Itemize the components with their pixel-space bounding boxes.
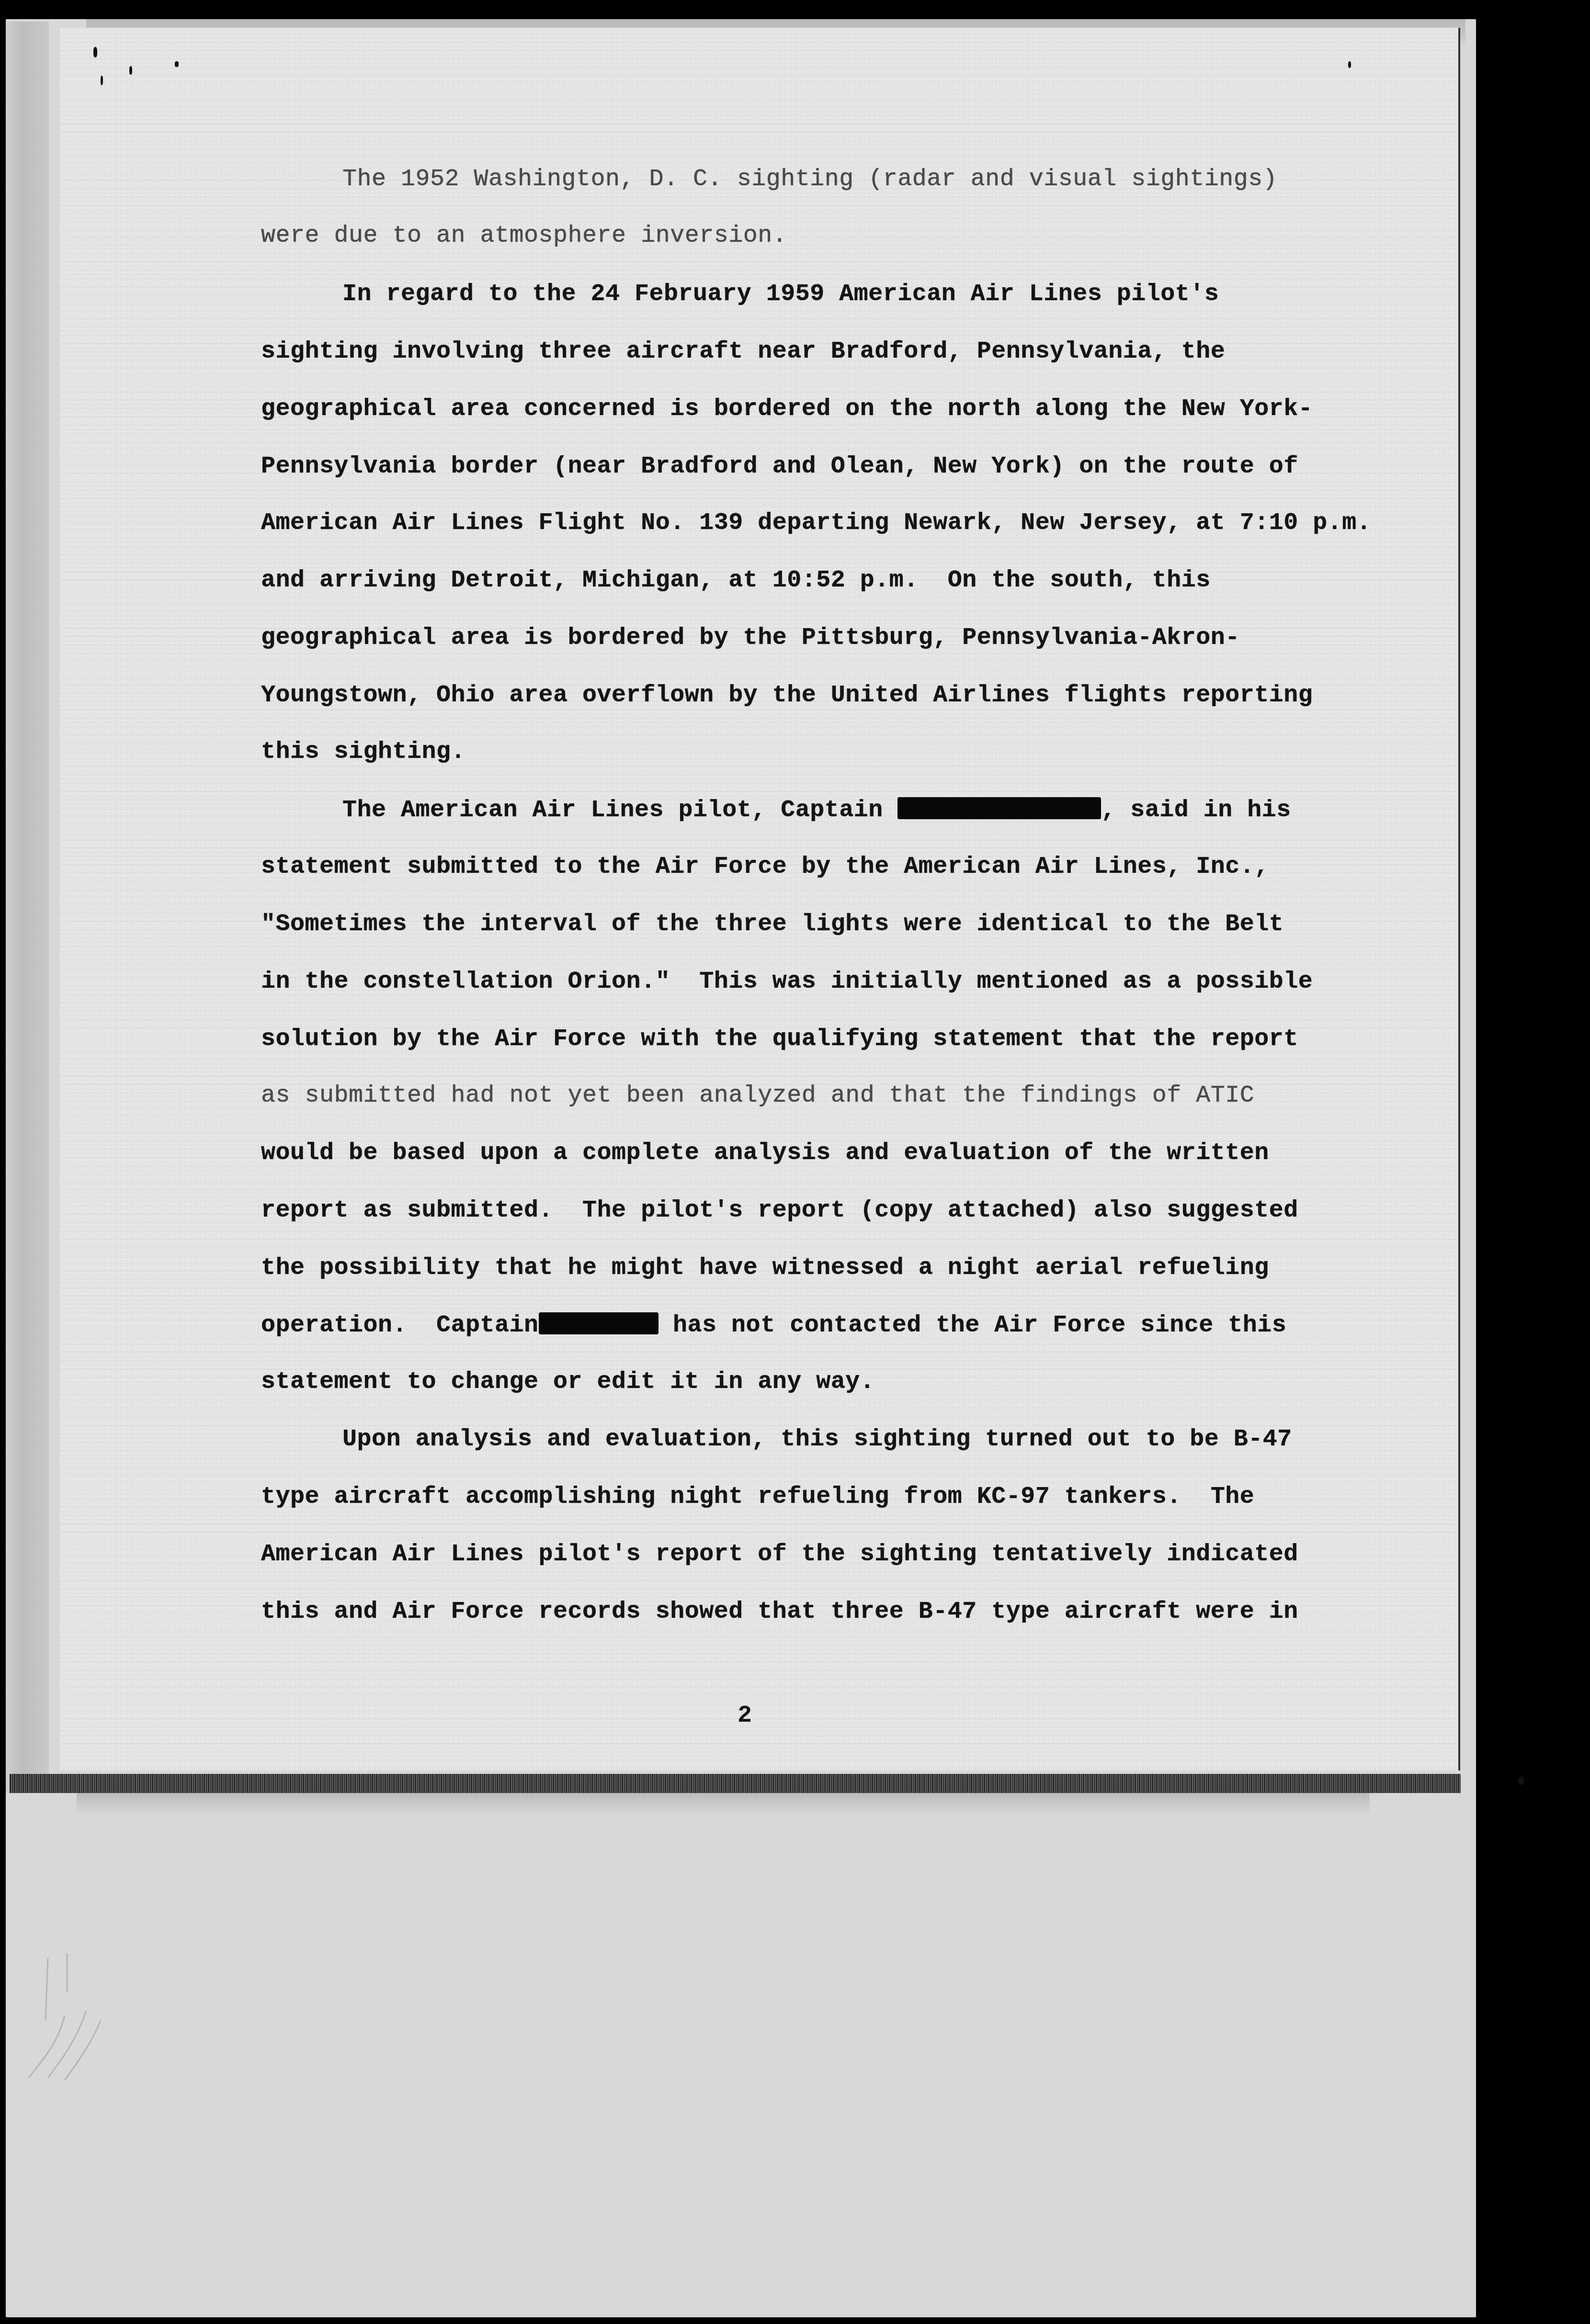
- page-bottom-edge: [10, 1774, 1461, 1793]
- text-line: "Sometimes the interval of the three lig…: [261, 910, 1283, 939]
- text-line: American Air Lines Flight No. 139 depart…: [261, 509, 1371, 538]
- text-line: the possibility that he might have witne…: [261, 1254, 1269, 1283]
- text-segment: The American Air Lines pilot, Captain: [342, 797, 897, 824]
- page-number: 2: [738, 1702, 752, 1729]
- text-line: geographical area is bordered by the Pit…: [261, 624, 1240, 653]
- text-line: as submitted had not yet been analyzed a…: [261, 1082, 1254, 1110]
- text-line: would be based upon a complete analysis …: [261, 1139, 1269, 1168]
- text-line: operation. Captain has not contacted the…: [261, 1311, 1286, 1340]
- text-line: In regard to the 24 February 1959 Americ…: [342, 280, 1219, 309]
- text-line: report as submitted. The pilot's report …: [261, 1196, 1298, 1225]
- redaction-bar: [897, 797, 1101, 819]
- text-line: this sighting.: [261, 738, 466, 767]
- scan-left-edge: [6, 22, 49, 1793]
- text-line: The 1952 Washington, D. C. sighting (rad…: [342, 165, 1277, 194]
- text-line: and arriving Detroit, Michigan, at 10:52…: [261, 566, 1211, 595]
- text-line: solution by the Air Force with the quali…: [261, 1025, 1298, 1054]
- text-line: American Air Lines pilot's report of the…: [261, 1540, 1298, 1569]
- page-bottom-shadow: [77, 1793, 1370, 1815]
- redaction-bar: [539, 1312, 659, 1334]
- text-line: in the constellation Orion." This was in…: [261, 968, 1313, 996]
- text-line: were due to an atmosphere inversion.: [261, 222, 787, 250]
- text-segment: , said in his: [1101, 797, 1291, 824]
- text-line: geographical area concerned is bordered …: [261, 395, 1313, 424]
- text-line: Upon analysis and evaluation, this sight…: [342, 1425, 1292, 1454]
- text-line: sighting involving three aircraft near B…: [261, 338, 1225, 366]
- text-line: Pennsylvania border (near Bradford and O…: [261, 452, 1298, 481]
- text-line: The American Air Lines pilot, Captain , …: [342, 796, 1291, 825]
- text-segment: operation. Captain: [261, 1312, 539, 1339]
- film-speck: [1518, 1776, 1524, 1785]
- text-line: type aircraft accomplishing night refuel…: [261, 1483, 1254, 1512]
- text-line: Youngstown, Ohio area overflown by the U…: [261, 681, 1313, 710]
- text-line: statement to change or edit it in any wa…: [261, 1368, 874, 1397]
- text-line: this and Air Force records showed that t…: [261, 1598, 1298, 1626]
- text-line: statement submitted to the Air Force by …: [261, 853, 1269, 881]
- text-segment: has not contacted the Air Force since th…: [659, 1312, 1287, 1339]
- film-scratches: [19, 1939, 105, 2083]
